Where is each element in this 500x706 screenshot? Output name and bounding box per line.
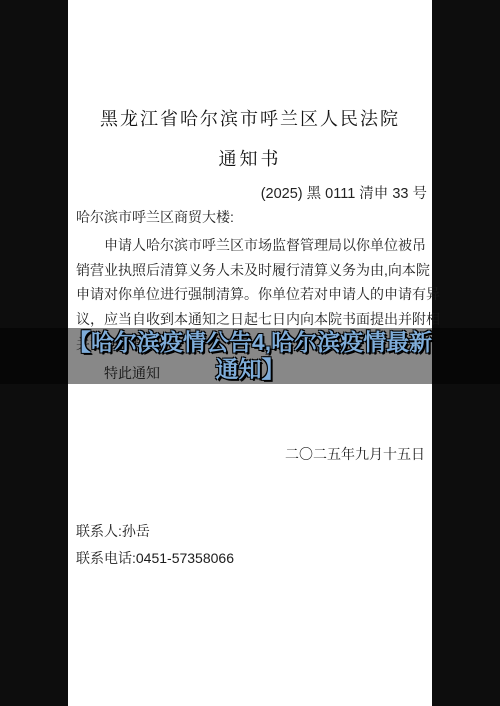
contact-phone-line: 联系电话:0451-57358066 — [76, 548, 234, 568]
body-line: 申请人哈尔滨市呼兰区市场监督管理局以你单位被吊 — [76, 233, 428, 258]
overlay-banner-link[interactable]: 【哈尔滨疫情公告4,哈尔滨疫情最新 通知】 — [0, 329, 500, 383]
contact-person-line: 联系人:孙岳 — [76, 521, 150, 541]
case-number: (2025) 黑 0111 清申 33 号 — [261, 182, 427, 203]
recipient-line: 哈尔滨市呼兰区商贸大楼: — [76, 207, 234, 227]
court-title: 黑龙江省哈尔滨市呼兰区人民法院 — [68, 105, 432, 131]
overlay-banner-line1: 【哈尔滨疫情公告4,哈尔滨疫情最新 — [0, 329, 500, 356]
body-line: 申请对你单位进行强制清算。你单位若对申请人的申请有异 — [76, 282, 428, 307]
body-line: 销营业执照后清算义务人未及时履行清算义务为由,向本院 — [76, 258, 428, 283]
page: 黑龙江省哈尔滨市呼兰区人民法院 通知书 (2025) 黑 0111 清申 33 … — [0, 0, 500, 706]
document-type-heading: 通知书 — [68, 145, 432, 171]
document-date: 二〇二五年九月十五日 — [285, 444, 425, 464]
overlay-banner-line2: 通知】 — [0, 356, 500, 383]
overlay-banner-band: 【哈尔滨疫情公告4,哈尔滨疫情最新 通知】 — [0, 328, 500, 384]
